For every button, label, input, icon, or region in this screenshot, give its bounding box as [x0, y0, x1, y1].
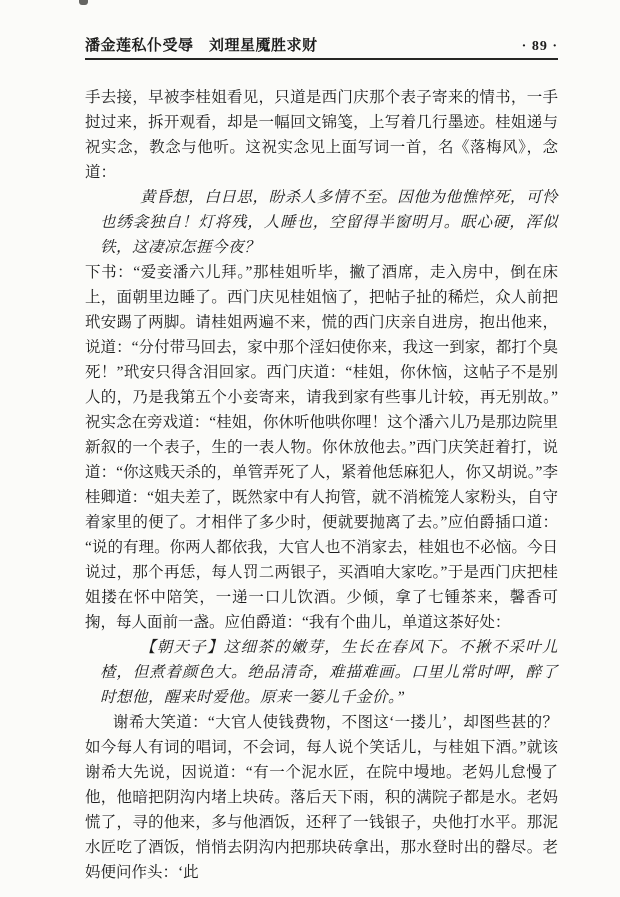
paragraph-continuation: 手去接，早被李桂姐看见，只道是西门庆那个表子寄来的情书，一手挝过来，拆开观看，却…	[85, 85, 558, 185]
book-page: 潘金莲私仆受辱 刘理星魇胜求财 · 89 · 手去接，早被李桂姐看见，只道是西门…	[0, 0, 620, 897]
page-number: · 89 ·	[522, 39, 558, 55]
chapter-title: 潘金莲私仆受辱 刘理星魇胜求财	[85, 34, 318, 55]
paragraph-narrative: 下书：“爱妾潘六儿拜。”那桂姐听毕，撇了酒席，走入房中，倒在床上，面朝里边睡了。…	[85, 260, 558, 635]
page-text-block: 手去接，早被李桂姐看见，只道是西门庆那个表子寄来的情书，一手挝过来，拆开观看，却…	[85, 85, 558, 885]
verse-chaotianzi: 【朝天子】这细茶的嫩芽，生长在春风下。不揪不采叶儿楂，但煮着颜色大。绝品清奇，难…	[85, 635, 558, 710]
verse-luomeifeng: 黄昏想，白日思，盼杀人多情不至。因他为他憔悴死，可怜也绣衾独自！灯将残，人睡也，…	[85, 185, 558, 260]
paragraph-xiexida: 谢希大笑道：“大官人使钱费物，不图这‘一搂儿’，却图些甚的？如今每人有词的唱词，…	[85, 710, 558, 885]
running-head: 潘金莲私仆受辱 刘理星魇胜求财 · 89 ·	[85, 36, 558, 60]
scan-artifact	[79, 0, 88, 5]
